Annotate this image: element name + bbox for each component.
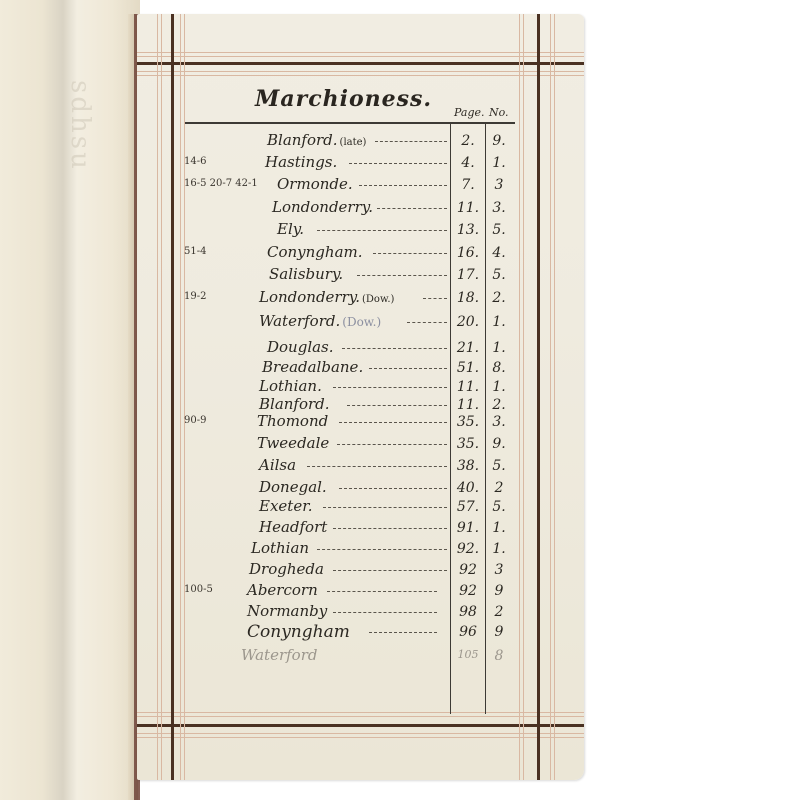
entry-name: Ely. [277,220,304,238]
leader-dashes [317,549,447,550]
leader-dashes [333,612,437,613]
ruling-bottom-2 [137,716,584,717]
page-number: 92 [451,562,485,578]
entry-name: Blanford. [267,131,338,149]
ruling-top-1 [137,52,584,53]
leader-dashes [339,422,447,423]
entry-number: 2. [487,397,511,413]
entry-name: Hastings. [265,153,337,171]
leader-dashes [357,275,447,276]
page-number: 16. [451,245,485,261]
entry-name: Lothian. [259,377,322,395]
entry-number: 8. [487,360,511,376]
ruling-bottom-1 [137,712,584,713]
entry-name: Exeter. [259,497,312,515]
index-entry: Waterford.(Dow.) 20. 1. [137,312,584,334]
ruling-top-4 [137,75,584,76]
margin-note: 14-6 [184,156,206,167]
page-number: 98 [451,604,485,620]
entry-number: 2. [487,290,511,306]
entry-number: 9. [487,436,511,452]
page-number: 18. [451,290,485,306]
index-entry: Douglas. 21. 1. [137,338,584,360]
index-entry: Headfort 91. 1. [137,518,584,540]
index-entry-pencil: Waterford 105 8 [137,646,584,668]
entry-number: 5. [487,458,511,474]
column-header-page: Page. [454,106,485,119]
entry-name: Londonderry. [272,198,373,216]
entry-note: (Dow.) [362,294,394,305]
entry-number: 5. [487,499,511,515]
entry-name: Thomond [257,412,328,430]
entry-name: Drogheda [249,560,324,578]
leader-dashes [317,230,447,231]
ledger-page: Marchioness. Page. No. Blanford.(late) 2… [137,14,584,780]
page-number: 20. [451,314,485,330]
entry-number: 1. [487,314,511,330]
page-number: 35. [451,436,485,452]
page-number: 96 [451,624,485,640]
index-entry: 90-9 Thomond 35. 3. [137,412,584,434]
index-entry: 14-6 Hastings. 4. 1. [137,153,584,175]
index-entry: Normanby 98 2 [137,602,584,624]
leader-dashes [359,185,447,186]
page-title: Marchioness. [255,86,425,112]
margin-note: 100-5 [184,584,213,595]
facing-page: sdhsu [0,0,140,800]
entry-number: 3 [487,562,511,578]
entry-number: 3. [487,200,511,216]
leader-dashes [347,405,447,406]
index-entry: Salisbury. 17. 5. [137,265,584,287]
page-number: 4. [451,155,485,171]
index-entry: Exeter. 57. 5. [137,497,584,519]
pencil-note: (Dow.) [342,315,381,329]
page-number: 11. [451,379,485,395]
page-number: 21. [451,340,485,356]
index-entry: Drogheda 92 3 [137,560,584,582]
ruling-bottom-thick [137,724,584,727]
index-entry: Ailsa 38. 5. [137,456,584,478]
entry-number: 5. [487,267,511,283]
entry-name: Londonderry. [259,288,360,306]
ruling-bottom-3 [137,733,584,734]
entry-number: 3 [487,177,511,193]
page-number: 38. [451,458,485,474]
leader-dashes [369,632,437,633]
leader-dashes [323,507,447,508]
entry-number: 9. [487,133,511,149]
entry-name: Headfort [259,518,327,536]
index-entry: 16-5 20-7 42-1 Ormonde. 7. 3 [137,175,584,197]
leader-dashes [423,298,447,299]
ruling-bottom-4 [137,737,584,738]
entry-number: 3. [487,414,511,430]
page-number: 2. [451,133,485,149]
page-number: 40. [451,480,485,496]
page-number: 92 [451,583,485,599]
entry-number: 8 [487,648,511,664]
page-number: 57. [451,499,485,515]
ruling-top-3 [137,71,584,72]
entry-name: Conyngham [247,622,350,642]
entry-name: Lothian [251,539,309,557]
entry-number: 2 [487,480,511,496]
header-underline [185,122,515,124]
page-number: 11. [451,397,485,413]
entry-name: Douglas. [267,338,334,356]
index-entry: Blanford.(late) 2. 9. [137,131,584,153]
entry-name: Waterford. [259,312,340,330]
entry-name: Blanford. [259,395,330,413]
index-entry: Ely. 13. 5. [137,220,584,242]
index-entry: 100-5 Abercorn 92 9 [137,581,584,603]
ruling-top-2 [137,56,584,57]
index-entry: Tweedale 35. 9. [137,434,584,456]
column-header-number: No. [489,106,509,119]
page-number: 92. [451,541,485,557]
entry-name: Waterford [241,646,318,664]
leader-dashes [337,444,447,445]
page-number: 13. [451,222,485,238]
leader-dashes [375,141,447,142]
entry-number: 2 [487,604,511,620]
page-number: 11. [451,200,485,216]
entry-number: 1. [487,541,511,557]
margin-note: 19-2 [184,291,206,302]
entry-name: Normanby [247,602,327,620]
page-number: 7. [451,177,485,193]
bleed-through-text: sdhsu [0,80,95,110]
entry-name: Donegal. [259,478,327,496]
entry-number: 9 [487,624,511,640]
page-number: 51. [451,360,485,376]
leader-dashes [333,570,447,571]
page-number: 17. [451,267,485,283]
index-entry: Lothian 92. 1. [137,539,584,561]
entry-name: Ormonde. [277,175,353,193]
entry-name: Ailsa [259,456,296,474]
leader-dashes [369,368,447,369]
entry-number: 1. [487,520,511,536]
page-number: 105 [451,648,485,661]
ruling-top-thick [137,62,584,65]
leader-dashes [373,253,447,254]
leader-dashes [333,528,447,529]
entry-number: 1. [487,379,511,395]
index-entry: 19-2 Londonderry.(Dow.) 18. 2. [137,288,584,310]
index-entry: Conyngham 96 9 [137,622,584,644]
index-entry: 51-4 Conyngham. 16. 4. [137,243,584,265]
leader-dashes [339,488,447,489]
entry-number: 1. [487,340,511,356]
entry-name: Tweedale [257,434,329,452]
leader-dashes [307,466,447,467]
leader-dashes [349,163,447,164]
entry-name: Salisbury. [269,265,343,283]
margin-note: 90-9 [184,415,206,426]
page-number: 35. [451,414,485,430]
entry-name: Conyngham. [267,243,363,261]
entry-note: (late) [340,137,367,148]
entry-number: 4. [487,245,511,261]
leader-dashes [342,348,447,349]
leader-dashes [327,591,437,592]
leader-dashes [333,387,447,388]
entry-name: Breadalbane. [262,358,363,376]
page-number: 91. [451,520,485,536]
entry-name: Abercorn [247,581,318,599]
leader-dashes [377,208,447,209]
entry-number: 9 [487,583,511,599]
index-entry: Londonderry. 11. 3. [137,198,584,220]
entry-number: 1. [487,155,511,171]
margin-note: 16-5 20-7 42-1 [184,178,258,189]
entry-number: 5. [487,222,511,238]
margin-note: 51-4 [184,246,206,257]
leader-dashes [407,322,447,323]
